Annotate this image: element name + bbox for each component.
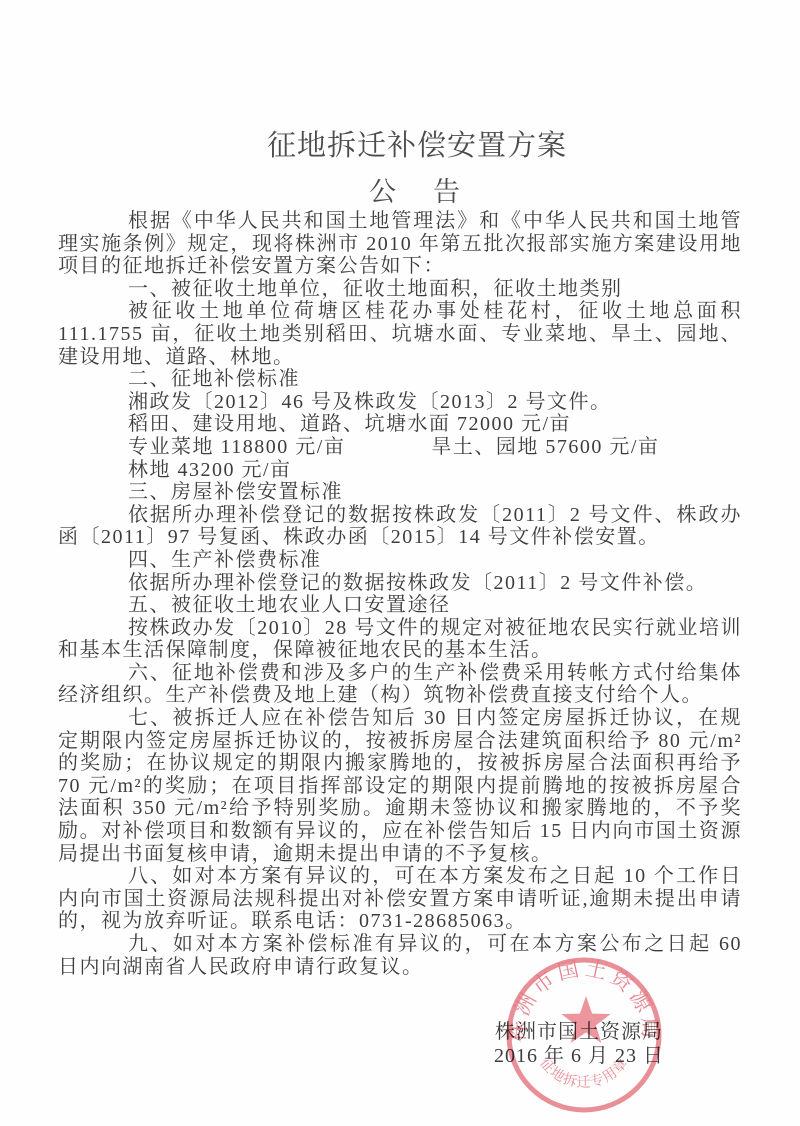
- section-2-documents: 湘政发〔2012〕46 号及株政发〔2013〕2 号文件。: [58, 391, 742, 414]
- section-5-body: 按株政办发〔2010〕28 号文件的规定对被征地农民实行就业培训和基本生活保障制…: [58, 617, 742, 662]
- section-5-heading: 五、被征收土地农业人口安置途径: [58, 594, 742, 617]
- page-subtitle: 公 告: [0, 170, 800, 209]
- document-body: 根据《中华人民共和国土地管理法》和《中华人民共和国土地管理实施条例》规定，现将株…: [58, 210, 742, 978]
- signature-org: 株洲市国土资源局: [490, 1021, 668, 1045]
- section-7-body: 七、被拆迁人应在补偿告知后 30 日内签定房屋拆迁协议，在规定期限内签定房屋拆迁…: [58, 707, 742, 865]
- scanned-notice-page: 征地拆迁补偿安置方案 公 告 根据《中华人民共和国土地管理法》和《中华人民共和国…: [0, 0, 800, 1126]
- section-1-body: 被征收土地单位荷塘区桂花办事处桂花村，征收土地总面积 111.1755 亩，征收…: [58, 300, 742, 368]
- section-3-body: 依据所办理补偿登记的数据按株政发〔2011〕2 号文件、株政办函〔2011〕97…: [58, 504, 742, 549]
- section-8-body: 八、如对本方案有异议的，可在本方案发布之日起 10 个工作日内向市国土资源局法规…: [58, 865, 742, 933]
- intro-paragraph: 根据《中华人民共和国土地管理法》和《中华人民共和国土地管理实施条例》规定，现将株…: [58, 210, 742, 278]
- section-1-heading: 一、被征收土地单位，征收土地面积，征收土地类别: [58, 278, 742, 301]
- rate-line-2: 专业菜地 118800 元/亩 旱土、园地 57600 元/亩: [58, 436, 742, 459]
- section-3-heading: 三、房屋补偿安置标准: [58, 481, 742, 504]
- signature-block: 株洲市国土资源局 2016 年 6 月 23 日: [490, 1021, 668, 1068]
- signature-date: 2016 年 6 月 23 日: [490, 1045, 668, 1069]
- section-4-body: 依据所办理补偿登记的数据按株政发〔2011〕2 号文件补偿。: [58, 572, 742, 595]
- page-title: 征地拆迁补偿安置方案: [0, 123, 800, 164]
- section-4-heading: 四、生产补偿费标准: [58, 549, 742, 572]
- rate-line-3: 林地 43200 元/亩: [58, 459, 742, 482]
- section-6-body: 六、征地补偿费和涉及多户的生产补偿费采用转帐方式付给集体经济组织。生产补偿费及地…: [58, 662, 742, 707]
- rate-line-1: 稻田、建设用地、道路、坑塘水面 72000 元/亩: [58, 413, 742, 436]
- section-9-body: 九、如对本方案补偿标准有异议的，可在本方案公布之日起 60 日内向湖南省人民政府…: [58, 933, 742, 978]
- section-2-heading: 二、征地补偿标准: [58, 368, 742, 391]
